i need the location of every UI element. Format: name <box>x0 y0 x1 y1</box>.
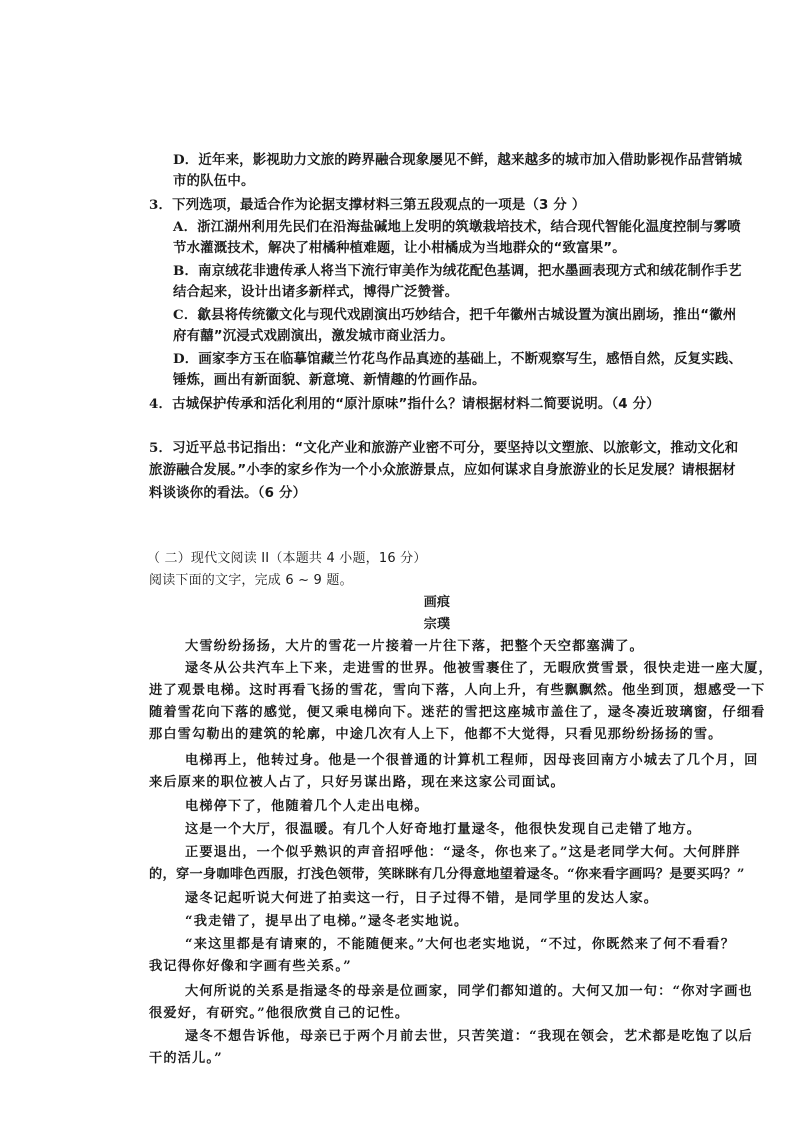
option-text: 画家李方玉在临摹馆藏兰竹花鸟作品真迹的基础上，不断观察写生，感悟自然，反复实践、 <box>198 352 742 367</box>
story-paragraph-line: 这是一个大厅，很温暖。有几个人好奇地打量逯冬，他很快发现自己走错了地方。 <box>185 820 701 840</box>
question-number: 5． <box>149 440 172 456</box>
question-text: 下列选项，最适合作为论据支撑材料三第五段观点的一项是（3 分 ） <box>172 198 585 213</box>
question-5-line-3: 料谈谈你的看法。（6 分） <box>149 484 306 504</box>
question-3-stem: 3．下列选项，最适合作为论据支撑材料三第五段观点的一项是（3 分 ） <box>149 195 585 216</box>
story-paragraph-line: 逯冬从公共汽车上下来，走进雪的世界。他被雪裹住了，无暇欣赏雪景，很快走进一座大厦… <box>185 659 773 679</box>
story-paragraph-line: “来这里都是有请柬的，不能随便来。”大何也老实地说，“不过，你既然来了何不看看？ <box>185 935 735 955</box>
story-paragraph-line: 我记得你好像和字画有些关系。” <box>149 957 352 977</box>
story-paragraph-line: 干的活儿。” <box>149 1049 223 1069</box>
story-paragraph-line: 电梯再上，他转过身。他是一个很普通的计算机工程师，因母丧回南方小城去了几个月，回 <box>185 751 759 771</box>
option-a-line-2: 节水灌溉技术，解决了柑橘种植难题，让小柑橘成为当地群众的“致富果”。 <box>173 239 626 259</box>
option-label: D． <box>173 152 198 168</box>
story-paragraph-line: 大何所说的关系是指逯冬的母亲是位画家，同学们都知道的。大何又加一句：“你对字画也 <box>185 982 753 1002</box>
story-paragraph-line: 进了观景电梯。这时再看飞扬的雪花，雪向下落，人向上升，有些飘飘然。他坐到顶，想感… <box>149 681 766 701</box>
question-5-line-1: 5．习近平总书记指出：“文化产业和旅游产业密不可分，要坚持以文塑旅、以旅彰文，推… <box>149 438 738 459</box>
story-title: 画痕 <box>397 593 477 613</box>
option-label: B． <box>173 263 198 279</box>
option-c-line-1: C．歙县将传统徽文化与现代戏剧演出巧妙结合，把千年徽州古城设置为演出剧场，推出“… <box>173 305 737 326</box>
option-label: C． <box>173 307 197 323</box>
question-number: 4． <box>149 396 172 412</box>
reading-instruction: 阅读下面的文字，完成 6 ~ 9 题。 <box>149 571 353 591</box>
story-paragraph-line: 很爱好，有研究。”他很欣赏自己的记性。 <box>149 1004 409 1024</box>
option-b-line-1: B．南京绒花非遗传承人将当下流行审美作为绒花配色基调，把水墨画表现方式和绒花制作… <box>173 261 742 282</box>
story-paragraph-line: 随着雪花向下落的感觉，便又乘电梯向下。迷茫的雪把这座城市盖住了，逯冬凑近玻璃窗，… <box>149 703 766 723</box>
story-paragraph-line: 逯冬不想告诉他，母亲已于两个月前去世，只苦笑道：“我现在领会，艺术都是吃饱了以后 <box>185 1027 753 1047</box>
story-paragraph-line: 电梯停下了，他随着几个人走出电梯。 <box>185 797 429 817</box>
question-text: 古城保护传承和活化利用的“原汁原味”指什么？请根据材料二简要说明。（4 分） <box>172 397 660 412</box>
option-b-line-2: 结合起来，设计出诸多新样式，博得广泛赞誉。 <box>173 283 458 303</box>
question-4: 4．古城保护传承和活化利用的“原汁原味”指什么？请根据材料二简要说明。（4 分） <box>149 394 660 415</box>
option-c-line-2: 府有囍”沉浸式戏剧演出，激发城市商业活力。 <box>173 327 454 347</box>
option-a-line-1: A．浙江湖州利用先民们在沿海盐碱地上发明的筑墩栽培技术，结合现代智能化温度控制与… <box>173 217 741 238</box>
story-paragraph-line: “我走错了，提早出了电梯。”逯冬老实地说。 <box>185 912 468 932</box>
option-text: 近年来，影视助力文旅的跨界融合现象屡见不鲜，越来越多的城市加入借助影视作品营销城 <box>198 153 742 168</box>
option-label: A． <box>173 219 197 235</box>
option-d-line-1: D．近年来，影视助力文旅的跨界融合现象屡见不鲜，越来越多的城市加入借助影视作品营… <box>173 150 742 171</box>
option-label: D． <box>173 351 198 367</box>
question-number: 3． <box>149 197 172 213</box>
story-author: 宗璞 <box>397 615 477 635</box>
option-d-line-2: 市的队伍中。 <box>173 172 255 192</box>
option-text: 浙江湖州利用先民们在沿海盐碱地上发明的筑墩栽培技术，结合现代智能化温度控制与雾喷 <box>197 220 741 235</box>
question-5-line-2: 旅游融合发展。”小李的家乡作为一个小众旅游景点，应如何谋求自身旅游业的长足发展？… <box>149 461 736 481</box>
section-heading: （ 二）现代文阅读 II（本题共 4 小题，16 分） <box>147 549 427 569</box>
story-paragraph-line: 来后原来的职位被人占了，只好另谋出路，现在来这家公司面试。 <box>149 773 565 793</box>
story-paragraph-line: 的，穿一身咖啡色西服，打浅色领带，笑眯眯有几分得意地望着逯冬。“你来看字画吗？是… <box>149 865 745 885</box>
option-text: 南京绒花非遗传承人将当下流行审美作为绒花配色基调，把水墨画表现方式和绒花制作手艺 <box>198 264 742 279</box>
story-paragraph-line: 大雪纷纷扬扬，大片的雪花一片接着一片往下落，把整个天空都塞满了。 <box>185 637 644 657</box>
story-paragraph-line: 正要退出，一个似乎熟识的声音招呼他：“逯冬，你也来了。”这是老同学大何。大何胖胖 <box>185 843 741 863</box>
option-text: 歙县将传统徽文化与现代戏剧演出巧妙结合，把千年徽州古城设置为演出剧场，推出“徽州 <box>197 308 736 323</box>
story-paragraph-line: 逯冬记起听说大何进了拍卖这一行，日子过得不错，是同学里的发达人家。 <box>185 889 658 909</box>
question-text: 习近平总书记指出：“文化产业和旅游产业密不可分，要坚持以文塑旅、以旅彰文，推动文… <box>172 441 738 456</box>
story-paragraph-line: 那白雪勾勒出的建筑的轮廓，中途几次有人上下，他都不大觉得，只看见那纷纷扬扬的雪。 <box>149 725 723 745</box>
option-d-line-1: D．画家李方玉在临摹馆藏兰竹花鸟作品真迹的基础上，不断观察写生，感悟自然，反复实… <box>173 349 742 370</box>
option-d-line-2: 锤炼，画出有新面貌、新意境、新情趣的竹画作品。 <box>173 371 486 391</box>
